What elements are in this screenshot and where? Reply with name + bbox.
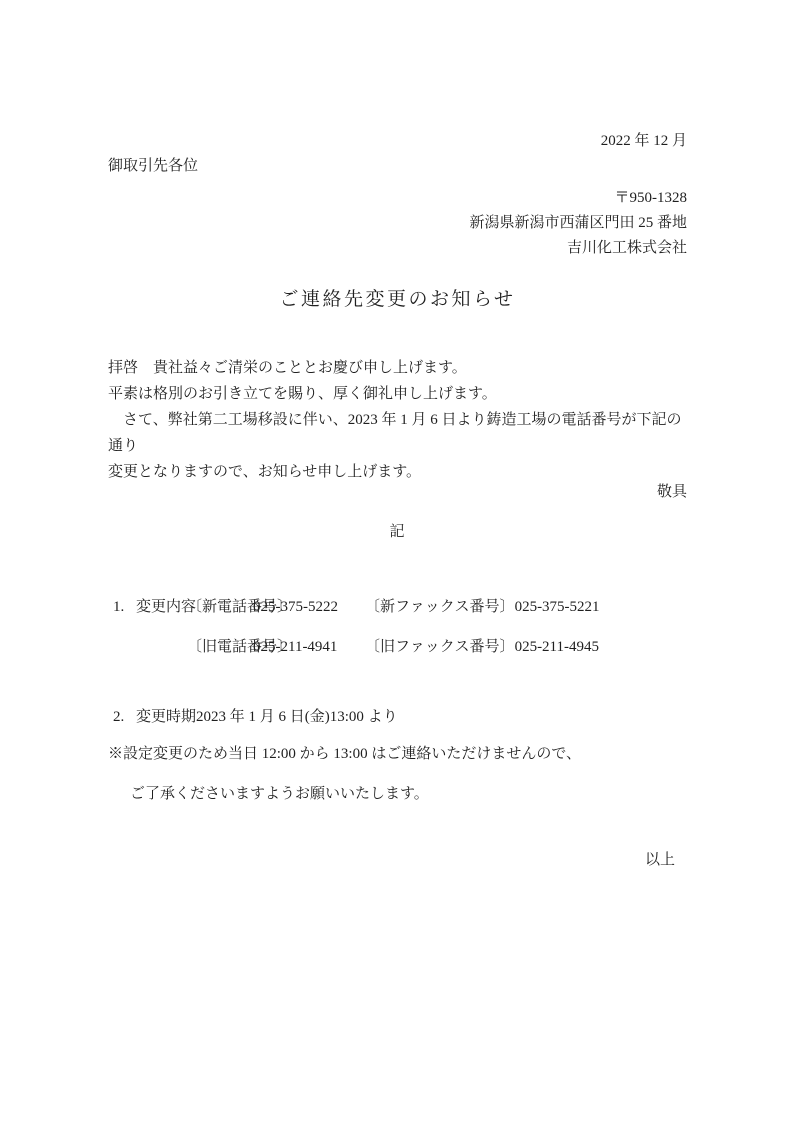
sender-address: 新潟県新潟市西蒲区門田 25 番地 bbox=[108, 213, 687, 234]
document-page: 2022 年 12 月 御取引先各位 〒950-1328 新潟県新潟市西蒲区門田… bbox=[0, 0, 794, 1123]
old-fax-number: 025-211-4945 bbox=[515, 639, 599, 655]
recipient-salutation: 御取引先各位 bbox=[108, 156, 687, 177]
item2-number: 2. bbox=[113, 704, 124, 730]
main-text-line-1: さて、弊社第二工場移設に伴い、2023 年 1 月 6 日より鋳造工場の電話番号… bbox=[108, 407, 687, 459]
new-fax-label: 〔新ファックス番号〕 bbox=[365, 599, 515, 615]
greeting-line-1: 拝啓 貴社益々ご清栄のこととお慶び申し上げます。 bbox=[108, 355, 687, 381]
document-date: 2022 年 12 月 bbox=[108, 131, 687, 152]
old-fax-group: 〔旧ファックス番号〕025-211-4945 bbox=[365, 634, 599, 660]
note-line-1: ※設定変更のため当日 12:00 から 13:00 はご連絡いただけませんので、 bbox=[108, 741, 687, 767]
item2-label: 変更時期 bbox=[136, 704, 196, 730]
record-heading: 記 bbox=[108, 519, 687, 545]
item2-value: 2023 年 1 月 6 日(金)13:00 より bbox=[196, 704, 398, 730]
new-fax-number: 025-375-5221 bbox=[515, 599, 600, 615]
change-detail-old-row: 〔旧電話番号〕 025-211-4941 〔旧ファックス番号〕025-211-4… bbox=[108, 634, 687, 660]
greeting-line-2: 平素は格別のお引き立てを賜り、厚く御礼申し上げます。 bbox=[108, 381, 687, 407]
sender-company-name: 吉川化工株式会社 bbox=[108, 238, 687, 259]
end-mark: 以上 bbox=[108, 847, 687, 873]
note-line-2: ご了承くださいますようお願いいたします。 bbox=[108, 781, 687, 807]
document-title: ご連絡先変更のお知らせ bbox=[108, 287, 687, 313]
old-phone-number: 025-211-4941 bbox=[253, 634, 337, 660]
old-fax-label: 〔旧ファックス番号〕 bbox=[365, 639, 515, 655]
sender-postal-code: 〒950-1328 bbox=[108, 188, 687, 209]
new-fax-group: 〔新ファックス番号〕025-375-5221 bbox=[365, 594, 600, 620]
item1-number: 1. bbox=[113, 594, 124, 620]
new-phone-number: 025-375-5222 bbox=[253, 594, 338, 620]
change-detail-new-row: 1. 変更内容 〔新電話番号〕 025-375-5222 〔新ファックス番号〕0… bbox=[108, 594, 687, 620]
change-date-row: 2. 変更時期 2023 年 1 月 6 日(金)13:00 より bbox=[108, 704, 687, 730]
